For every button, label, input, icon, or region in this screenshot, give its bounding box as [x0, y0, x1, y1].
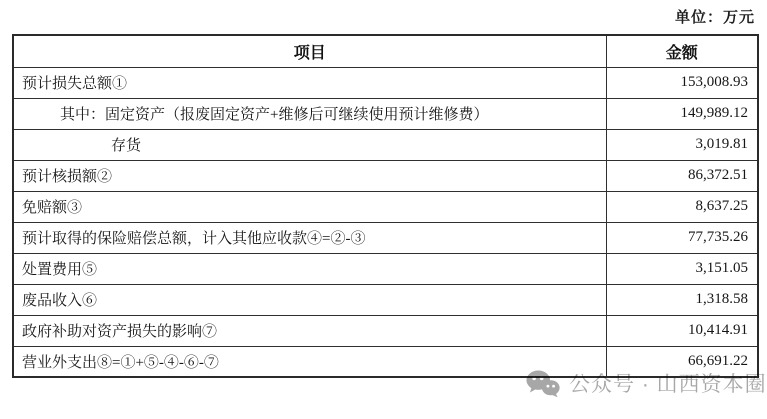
row-label: 预计损失总额①: [13, 67, 606, 98]
header-amount: 金额: [606, 35, 758, 67]
table-body: 预计损失总额① 153,008.93 其中：固定资产（报废固定资产+维修后可继续…: [13, 67, 758, 377]
table-row: 免赔额③ 8,637.25: [13, 191, 758, 222]
row-label: 营业外支出⑧=①+⑤-④-⑥-⑦: [13, 346, 606, 377]
row-label: 预计取得的保险赔偿总额，计入其他应收款④=②-③: [13, 222, 606, 253]
row-label: 免赔额③: [13, 191, 606, 222]
row-amount: 153,008.93: [606, 67, 758, 98]
unit-label: 单位：万元: [675, 6, 755, 27]
table-row: 预计核损额② 86,372.51: [13, 160, 758, 191]
row-amount: 3,019.81: [606, 129, 758, 160]
loss-amount-table: 项目 金额 预计损失总额① 153,008.93 其中：固定资产（报废固定资产+…: [12, 34, 759, 378]
row-label: 处置费用⑤: [13, 253, 606, 284]
row-label: 废品收入⑥: [13, 284, 606, 315]
row-label: 预计核损额②: [13, 160, 606, 191]
header-item: 项目: [13, 35, 606, 67]
table-row: 政府补助对资产损失的影响⑦ 10,414.91: [13, 315, 758, 346]
row-label: 存货: [13, 129, 606, 160]
table-row: 其中：固定资产（报废固定资产+维修后可继续使用预计维修费） 149,989.12: [13, 98, 758, 129]
table-row: 预计取得的保险赔偿总额，计入其他应收款④=②-③ 77,735.26: [13, 222, 758, 253]
row-amount: 77,735.26: [606, 222, 758, 253]
row-amount: 10,414.91: [606, 315, 758, 346]
page: { "unit_label": "单位：万元", "table": { "hea…: [0, 0, 767, 419]
row-amount: 66,691.22: [606, 346, 758, 377]
row-amount: 8,637.25: [606, 191, 758, 222]
table-header-row: 项目 金额: [13, 35, 758, 67]
table-row: 处置费用⑤ 3,151.05: [13, 253, 758, 284]
table-row: 存货 3,019.81: [13, 129, 758, 160]
row-amount: 149,989.12: [606, 98, 758, 129]
table-row: 营业外支出⑧=①+⑤-④-⑥-⑦ 66,691.22: [13, 346, 758, 377]
row-amount: 3,151.05: [606, 253, 758, 284]
row-label: 政府补助对资产损失的影响⑦: [13, 315, 606, 346]
row-amount: 86,372.51: [606, 160, 758, 191]
table-row: 预计损失总额① 153,008.93: [13, 67, 758, 98]
row-amount: 1,318.58: [606, 284, 758, 315]
table-row: 废品收入⑥ 1,318.58: [13, 284, 758, 315]
row-label: 其中：固定资产（报废固定资产+维修后可继续使用预计维修费）: [13, 98, 606, 129]
